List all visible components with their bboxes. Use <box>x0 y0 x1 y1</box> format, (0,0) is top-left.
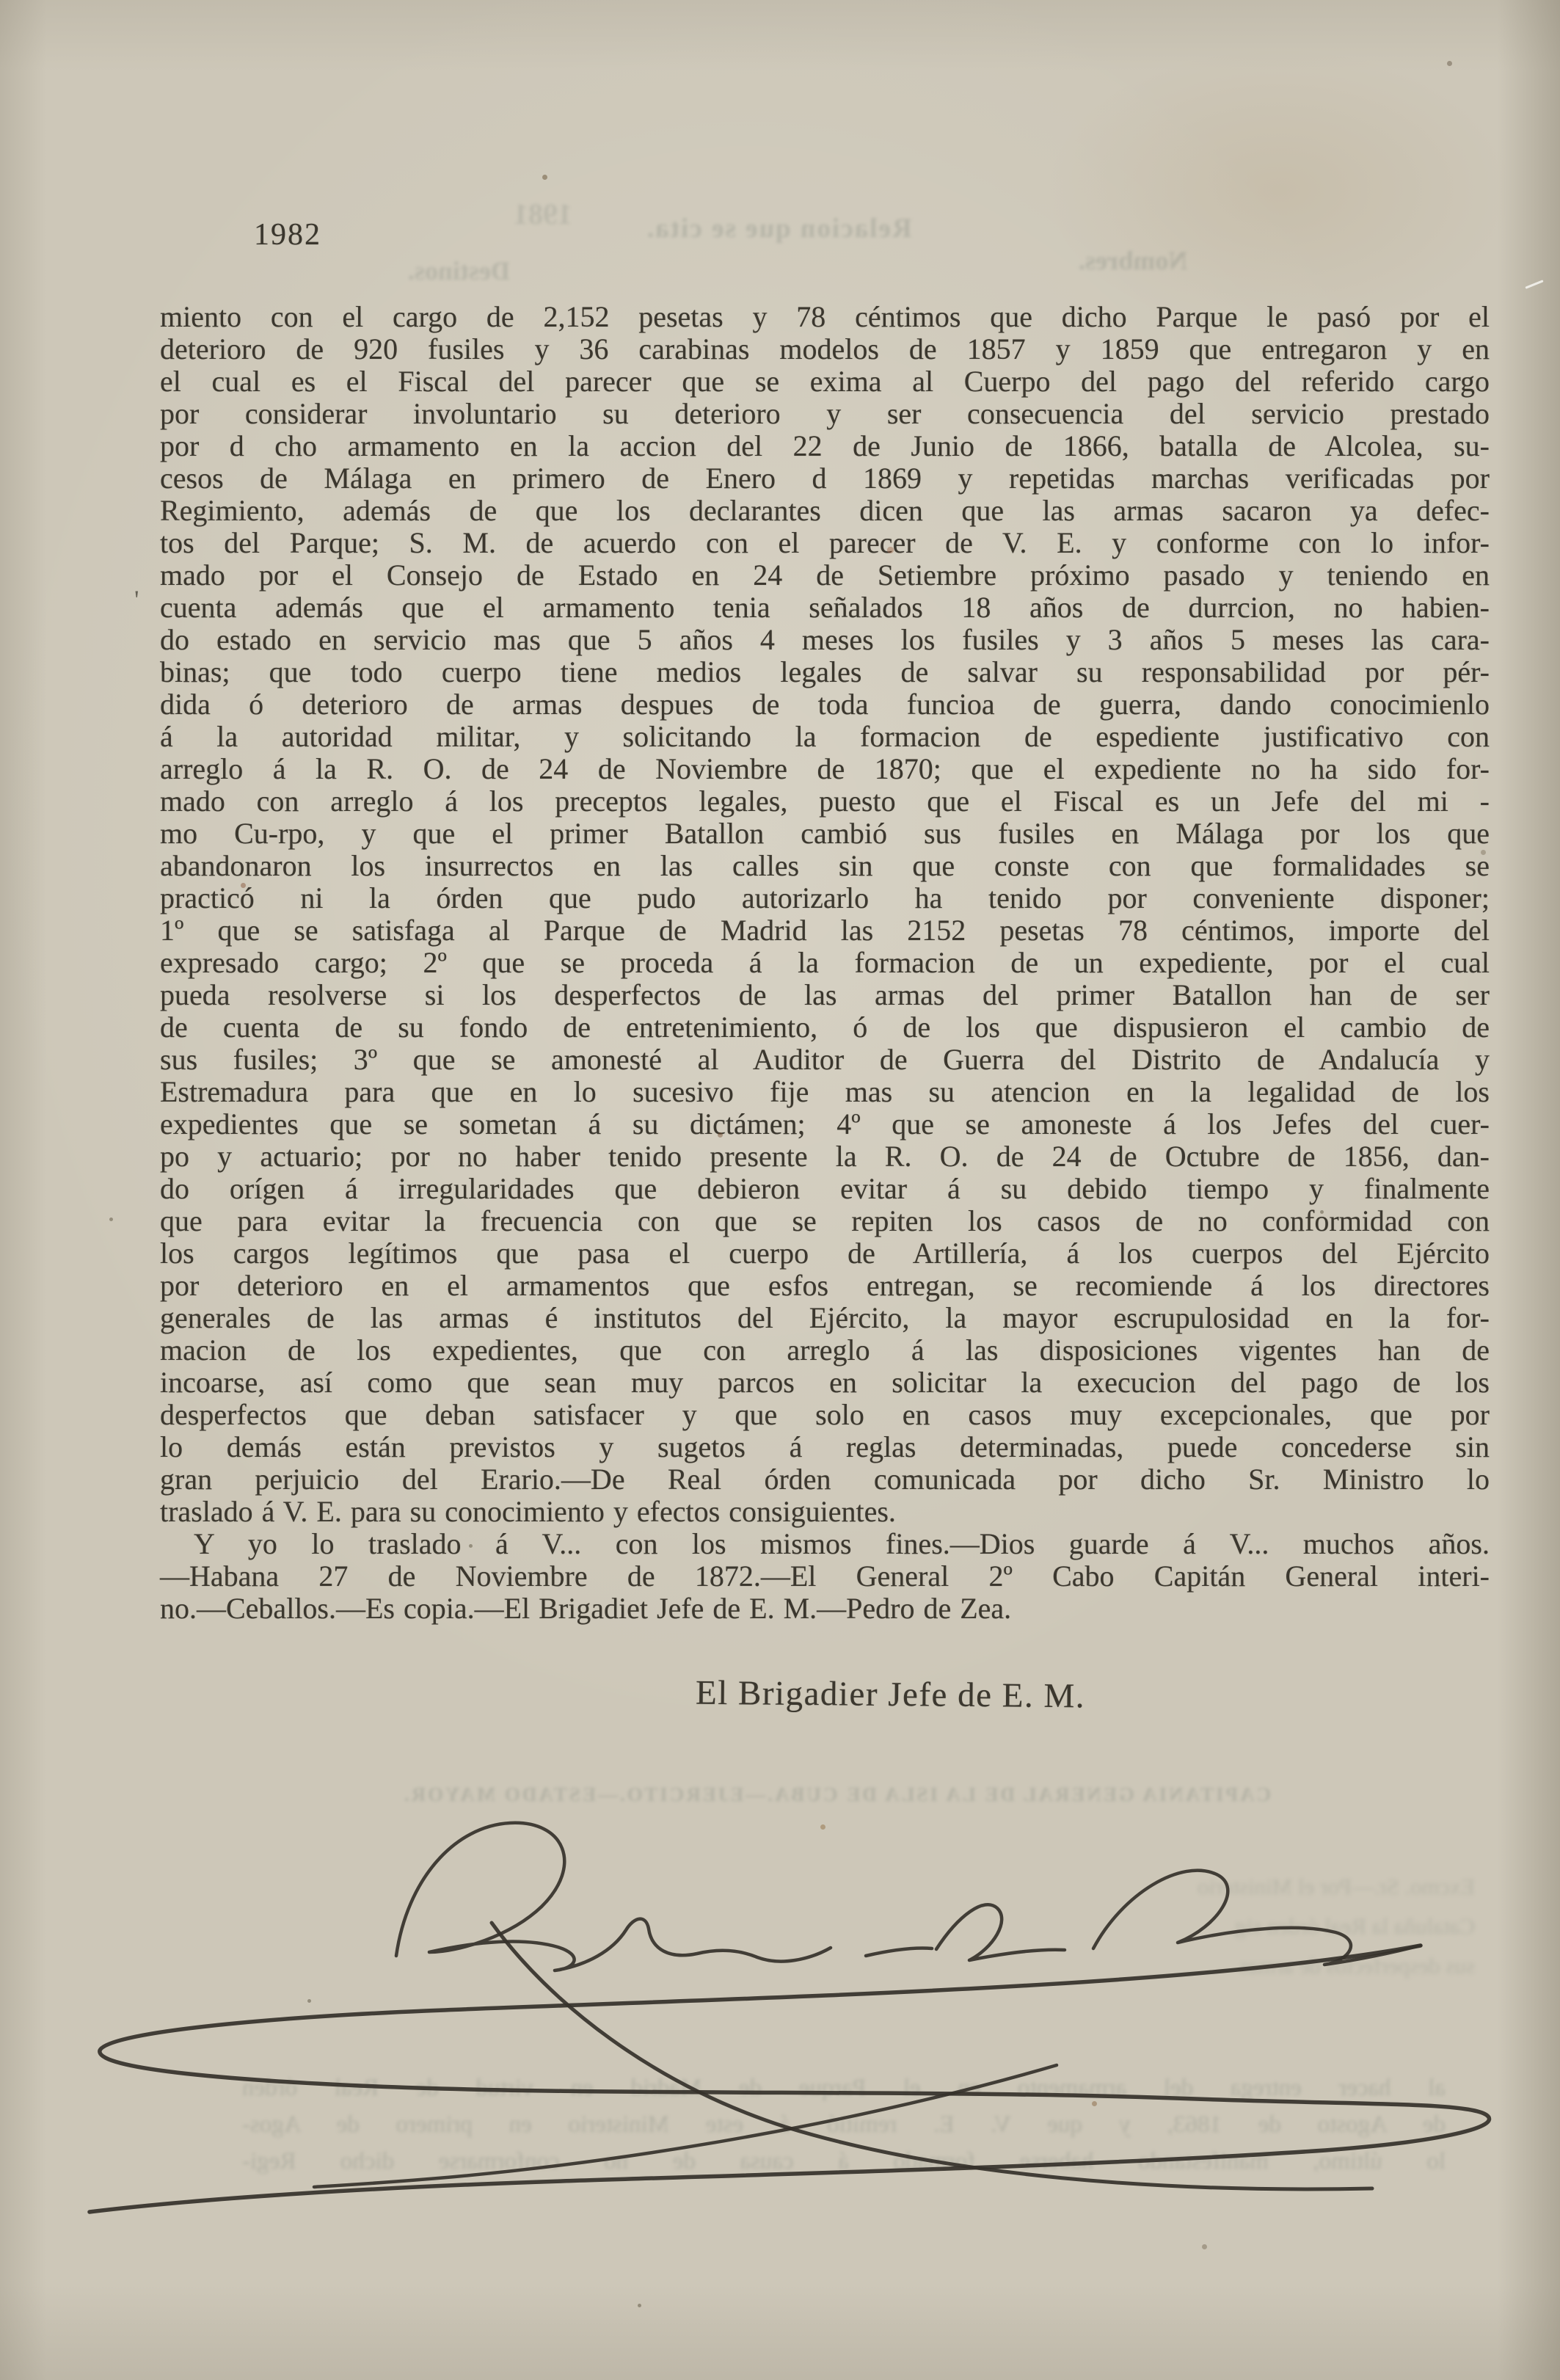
text-line: mado con arreglo á los preceptos legales… <box>160 785 1490 818</box>
text-line: do estado en servicio mas que 5 años 4 m… <box>160 624 1490 656</box>
text-line: abandonaron los insurrectos en las calle… <box>160 850 1490 882</box>
text-line: practicó ni la órden que pudo autorizarl… <box>160 882 1490 914</box>
text-line: expresado cargo; 2º que se proceda á la … <box>160 947 1490 979</box>
signature-stroke-de <box>866 1904 1065 1960</box>
text-line: mo Cu-rpo, y que el primer Batallon camb… <box>160 818 1490 850</box>
text-line: por d cho armamento en la accion del 22 … <box>160 430 1490 462</box>
signature-flourish-main <box>90 1946 1490 2212</box>
text-line: po y actuario; por no haber tenido prese… <box>160 1140 1490 1173</box>
signature-stroke-pedro <box>396 1823 831 1970</box>
signature-flourish-cross1 <box>492 1923 1372 2189</box>
text-line: incoarse, así como que sean muy parcos e… <box>160 1367 1490 1399</box>
signature-pedro-de-zea: Pedro de Zea <box>44 1813 1519 2238</box>
document-page: 1981 Relacion que se cita. Nombres. Dest… <box>0 0 1560 2380</box>
text-line: que para evitar la frecuencia con que se… <box>160 1205 1490 1237</box>
text-line: mado por el Consejo de Estado en 24 de S… <box>160 559 1490 592</box>
text-line: Y yo lo traslado á V... con los mismos f… <box>160 1528 1490 1560</box>
text-line: tos del Parque; S. M. de acuerdo con el … <box>160 527 1490 559</box>
text-line: lo demás están previstos y sugetos á reg… <box>160 1431 1490 1463</box>
bleedthrough-reverse-page-number: 1981 <box>514 197 572 231</box>
text-line: arreglo á la R. O. de 24 de Noviembre de… <box>160 753 1490 785</box>
text-line: á la autoridad militar, y solicitando la… <box>160 721 1490 753</box>
text-line: sus fusiles; 3º que se amonesté al Audit… <box>160 1044 1490 1076</box>
text-line: pueda resolverse si los desperfectos de … <box>160 979 1490 1011</box>
bleedthrough-caps-line: CAPITANIA GENERAL DE LA ISLA DE CUBA.—EJ… <box>264 1783 1409 1806</box>
page-number: 1982 <box>254 217 321 252</box>
text-line: miento con el cargo de 2,152 pesetas y 7… <box>160 301 1490 333</box>
bleedthrough-table-title: Relacion que se cita. <box>646 213 912 244</box>
text-line: los cargos legítimos que pasa el cuerpo … <box>160 1237 1490 1270</box>
text-line: Regimiento, además de que los declarante… <box>160 495 1490 527</box>
paper-specks <box>0 0 2 2</box>
text-line: macion de los expedientes, que con arreg… <box>160 1334 1490 1367</box>
paragraph-transmittal: Y yo lo traslado á V... con los mismos f… <box>160 1528 1490 1625</box>
text-line: cuenta además que el armamento tenia señ… <box>160 592 1490 624</box>
text-line: por considerar involuntario su deterioro… <box>160 398 1490 430</box>
text-line: dida ó deterioro de armas despues de tod… <box>160 688 1490 721</box>
text-line: por deterioro en el armamentos que esfos… <box>160 1270 1490 1302</box>
text-line: 1º que se satisfaga al Parque de Madrid … <box>160 914 1490 947</box>
text-line: —Habana 27 de Noviembre de 1872.—El Gene… <box>160 1560 1490 1593</box>
text-line: gran perjuicio del Erario.—De Real órden… <box>160 1463 1490 1496</box>
bleedthrough-column-destinos: Destinos. <box>408 255 510 286</box>
text-line: deterioro de 920 fusiles y 36 carabinas … <box>160 333 1490 365</box>
text-line: Estremadura para que en lo sucesivo fije… <box>160 1076 1490 1108</box>
closing-title: El Brigadier Jefe de E. M. <box>696 1673 1085 1717</box>
text-line: el cual es el Fiscal del parecer que se … <box>160 365 1490 398</box>
bleedthrough-column-nombres: Nombres. <box>1079 245 1187 276</box>
text-line: binas; que todo cuerpo tiene medios lega… <box>160 656 1490 688</box>
margin-ink-mark: ' <box>134 584 139 615</box>
text-line: expedientes que se sometan á su dictámen… <box>160 1108 1490 1140</box>
text-line: de cuenta de su fondo de entretenimiento… <box>160 1011 1490 1044</box>
text-line: traslado á V. E. para su conocimiento y … <box>160 1496 1490 1528</box>
text-line: do orígen á irregularidades que debieron… <box>160 1173 1490 1205</box>
paper-scratch <box>1525 280 1543 289</box>
signature-stroke-zea <box>1093 1871 1421 1965</box>
paragraph-royal-order: miento con el cargo de 2,152 pesetas y 7… <box>160 301 1490 1528</box>
body-text: miento con el cargo de 2,152 pesetas y 7… <box>160 301 1490 1625</box>
text-line: generales de las armas é institutos del … <box>160 1302 1490 1334</box>
text-line: no.—Ceballos.—Es copia.—El Brigadiet Jef… <box>160 1593 1490 1625</box>
text-line: desperfectos que deban satisfacer y que … <box>160 1399 1490 1431</box>
text-line: cesos de Málaga en primero de Enero d 18… <box>160 462 1490 495</box>
